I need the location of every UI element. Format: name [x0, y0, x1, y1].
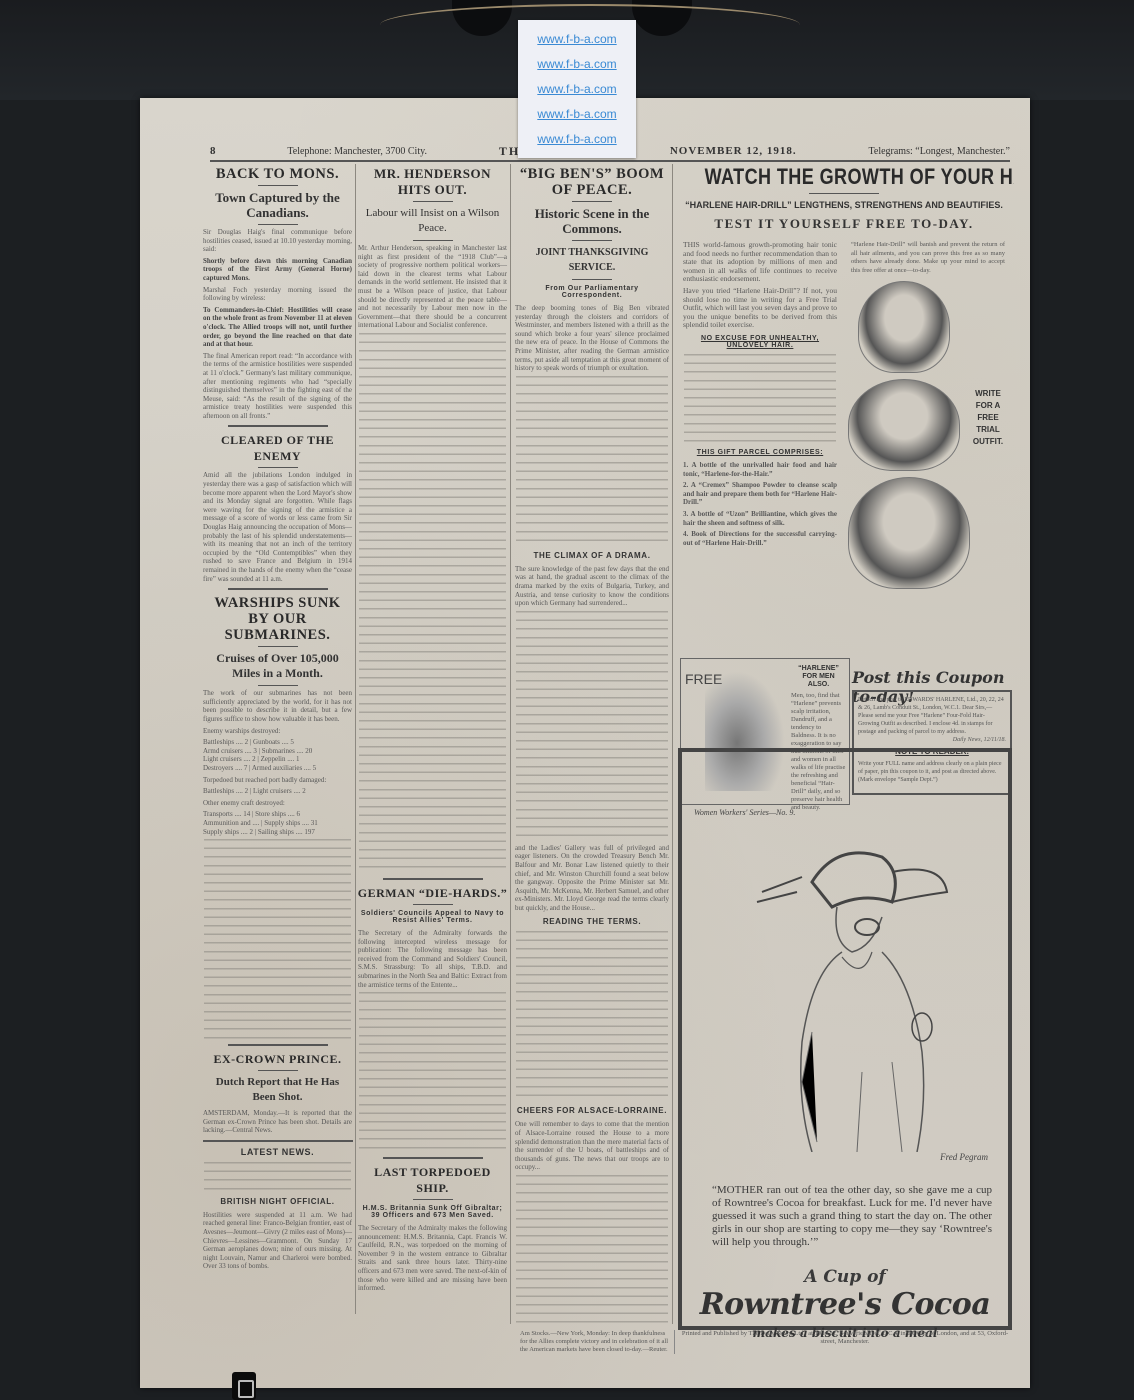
article-text: The Secretary of the Admiralty makes the… [358, 1224, 507, 1293]
coupon-ref: Daily News, 12/11/18. [858, 736, 1006, 744]
ad-text-body [684, 354, 836, 444]
table-row: Supply ships .... 2 | Sailing ships ....… [203, 828, 352, 837]
divider [383, 878, 483, 880]
article-text: Shortly before dawn this morning Canadia… [203, 257, 352, 283]
harlene-advert: WATCH THE GROWTH OF YOUR HAIR. “HARLENE … [674, 164, 1014, 744]
table-label: Enemy warships destroyed: [203, 727, 352, 736]
latest-news-heading: LATEST NEWS. [202, 1147, 353, 1157]
no-excuse-heading: NO EXCUSE FOR UNHEALTHY, UNLOVELY HAIR. [682, 335, 838, 349]
woman-illustration [858, 281, 950, 373]
divider [228, 425, 328, 427]
article-text-body [516, 1175, 668, 1324]
headline-warships: WARSHIPS SUNK BY OUR SUBMARINES. [202, 595, 353, 643]
artist-signature: Fred Pegram [940, 1152, 988, 1162]
rowntrees-cocoa-advert: Women Workers' Series—No. 9. Fred Pegram… [678, 748, 1012, 1330]
ad-tagline: A Cup of [682, 1267, 1008, 1287]
table-label: Torpedoed but reached port badly damaged… [203, 776, 352, 785]
subhead: Labour will Insist on a Wilson Peace. [359, 206, 506, 236]
column-1: BACK TO MONS. Town Captured by the Canad… [200, 164, 356, 1314]
section-heading: READING THE TERMS. [514, 917, 670, 926]
article-text: Amid all the jubilations London indulged… [203, 471, 352, 583]
watermark-link[interactable]: www.f-b-a.com [537, 132, 616, 146]
ad-text: “Harlene Hair-Drill” will banish and pre… [851, 241, 1005, 275]
telephone: Telephone: Manchester, 3700 City. [287, 146, 427, 157]
article-text: The sure knowledge of the past few days … [515, 565, 669, 608]
headline-torpedoed: LAST TORPEDOED SHIP. [357, 1164, 508, 1196]
divider [572, 279, 612, 280]
stats-table: Transports .... 14 | Store ships .... 6A… [203, 810, 352, 836]
divider [258, 646, 298, 647]
byline: From Our Parliamentary Correspondent. [514, 285, 670, 299]
subhead: Soldiers' Councils Appeal to Navy to Res… [357, 910, 508, 924]
article-text: Hostilities were suspended at 11 a.m. We… [203, 1211, 352, 1271]
divider [413, 904, 453, 905]
subhead: Town Captured by the Canadians. [204, 190, 351, 220]
ad-quote: “MOTHER ran out of tea the other day, so… [712, 1184, 992, 1249]
british-night-heading: BRITISH NIGHT OFFICIAL. [202, 1197, 353, 1206]
ad-text: THIS world-famous growth-promoting hair … [683, 241, 837, 284]
subhead: JOINT THANKSGIVING SERVICE. [516, 245, 668, 275]
article-text: Sir Douglas Haig's final communique befo… [203, 228, 352, 254]
section-heading: THE CLIMAX OF A DRAMA. [514, 551, 670, 560]
watermark-label: www.f-b-a.com www.f-b-a.com www.f-b-a.co… [518, 20, 636, 158]
article-text: and the Ladies' Gallery was full of priv… [515, 844, 669, 913]
divider [228, 1044, 328, 1046]
divider [413, 201, 453, 202]
ad-title: WATCH THE GROWTH OF YOUR HAIR. [705, 164, 984, 190]
divider [258, 224, 298, 225]
issue-date: NOVEMBER 12, 1918. [670, 145, 797, 157]
table-row: Transports .... 14 | Store ships .... 6 [203, 810, 352, 819]
page-footer: Am Stocks.—New York, Monday: In deep tha… [520, 1330, 1010, 1354]
telegrams: Telegrams: “Longest, Manchester.” [868, 146, 1009, 157]
subhead: Historic Scene in the Commons. [516, 206, 668, 236]
article-text-body [204, 1162, 351, 1192]
article-text-body [204, 839, 351, 1039]
woman-drinking-illustration [742, 822, 952, 1152]
newspaper-page: 8 Telephone: Manchester, 3700 City. THE … [140, 98, 1030, 1388]
divider [413, 1199, 453, 1200]
article-text-body [516, 931, 668, 1101]
divider [258, 685, 298, 686]
binder-clip [232, 1372, 256, 1400]
section-heading: CHEERS FOR ALSACE-LORRAINE. [514, 1106, 670, 1115]
table-label: Other enemy craft destroyed: [203, 799, 352, 808]
imprint: Printed and Published by The Daily News,… [680, 1330, 1010, 1346]
men-heading: “HARLENE” FOR MEN ALSO. [791, 665, 846, 689]
divider [258, 185, 298, 186]
table-row: Battleships .... 2 | Gunboats .... 5 [203, 738, 352, 747]
woman-illustration [848, 379, 960, 471]
watermark-link[interactable]: www.f-b-a.com [537, 57, 616, 71]
divider [413, 240, 453, 241]
gift-item: 1. A bottle of the unrivalled hair food … [683, 461, 837, 478]
article-text: AMSTERDAM, Monday.—It is reported that t… [203, 1109, 352, 1135]
article-text: One will remember to days to come that t… [515, 1120, 669, 1172]
table-row: Destroyers .... 7 | Armed auxiliaries ..… [203, 764, 352, 773]
divider [258, 467, 298, 468]
watermark-link[interactable]: www.f-b-a.com [537, 32, 616, 46]
divider [572, 201, 612, 202]
write-cta: WRITE FOR A FREE TRIAL OUTFIT. [968, 388, 1008, 448]
table-row: Battleships .... 2 | Light cruisers ....… [203, 787, 352, 796]
headline-cleared: CLEARED OF THE ENEMY [202, 432, 353, 464]
coupon-text: Detach and post to EDWARDS' HARLENE, Ltd… [858, 696, 1006, 736]
article-text: To Commanders-in-Chief: Hostilities will… [203, 306, 352, 349]
table-row: Armd cruisers .... 3 | Submarines .... 2… [203, 747, 352, 756]
article-text: The Secretary of the Admiralty forwards … [358, 929, 507, 989]
article-text: The work of our submarines has not been … [203, 689, 352, 723]
article-text-body [359, 992, 506, 1152]
gift-item: 4. Book of Directions for the successful… [683, 530, 837, 547]
divider [228, 588, 328, 590]
stats-table: Battleships .... 2 | Gunboats .... 5Armd… [203, 738, 352, 772]
gift-item: 2. A “Cremex” Shampoo Powder to cleanse … [683, 481, 837, 507]
gift-item: 3. A bottle of “Uzon” Brilliantine, whic… [683, 510, 837, 527]
gift-heading: THIS GIFT PARCEL COMPRISES: [682, 449, 838, 456]
headline-big-ben: “BIG BEN'S” BOOM OF PEACE. [514, 166, 670, 198]
table-row: Light cruisers .... 2 | Zeppelin .... 1 [203, 755, 352, 764]
series-label: Women Workers' Series—No. 9. [694, 808, 795, 817]
stocks-note: Am Stocks.—New York, Monday: In deep tha… [520, 1330, 675, 1354]
watermark-link[interactable]: www.f-b-a.com [537, 107, 616, 121]
ad-test-heading: TEST IT YOURSELF FREE TO-DAY. [674, 216, 1014, 232]
divider [203, 1140, 353, 1142]
free-label: FREE [685, 669, 699, 689]
article-text-body [359, 333, 506, 873]
stats-table: Battleships .... 2 | Light cruisers ....… [203, 787, 352, 796]
headline-die-hards: GERMAN “DIE-HARDS.” [357, 885, 508, 901]
article-text: Mr. Arthur Henderson, speaking in Manche… [358, 244, 507, 330]
table-row: Ammunition and .... | Supply ships .... … [203, 819, 352, 828]
headline-henderson: MR. HENDERSON HITS OUT. [357, 166, 508, 198]
subhead: H.M.S. Britannia Sunk Off Gibraltar; 39 … [357, 1205, 508, 1219]
subhead: Dutch Report that He Has Been Shot. [204, 1075, 351, 1105]
article-text-body [516, 611, 668, 841]
page-number: 8 [210, 145, 216, 157]
ad-text: Have you tried “Harlene Hair-Drill”? If … [683, 287, 837, 330]
column-2: MR. HENDERSON HITS OUT. Labour will Insi… [355, 164, 511, 1324]
divider [572, 240, 612, 241]
article-text: The deep booming tones of Big Ben vibrat… [515, 304, 669, 373]
column-3: “BIG BEN'S” BOOM OF PEACE. Historic Scen… [512, 164, 673, 1324]
woman-illustration [848, 477, 970, 589]
divider [809, 193, 879, 194]
headline-back-to-mons: BACK TO MONS. [202, 166, 353, 182]
watermark-link[interactable]: www.f-b-a.com [537, 82, 616, 96]
article-text-body [516, 376, 668, 546]
article-text: The final American report read: “In acco… [203, 352, 352, 421]
divider [258, 1070, 298, 1071]
divider [383, 1157, 483, 1159]
brand-name: Rowntree's Cocoa [682, 1287, 1008, 1322]
headline-crown-prince: EX-CROWN PRINCE. [202, 1051, 353, 1067]
ad-subtitle: “HARLENE HAIR-DRILL” LENGTHENS, STRENGTH… [674, 200, 1014, 210]
article-text: Marshal Foch yesterday morning issued th… [203, 286, 352, 303]
subhead: Cruises of Over 105,000 Miles in a Month… [204, 651, 351, 681]
